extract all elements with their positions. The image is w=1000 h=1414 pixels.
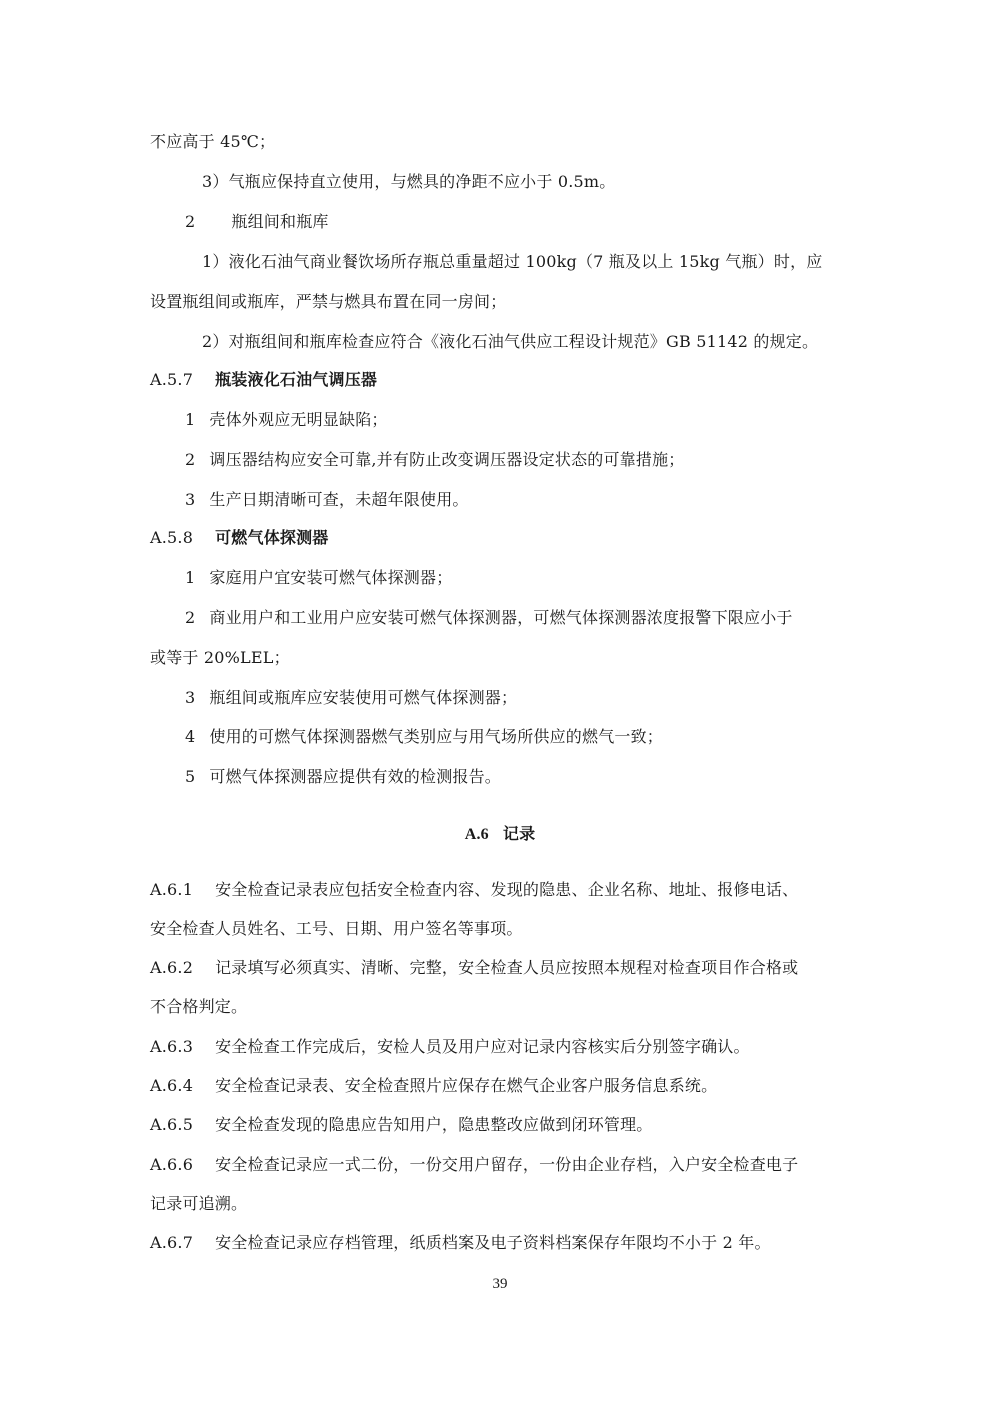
document-page: 不应高于 45℃； 3）气瓶应保持直立使用，与燃具的净距不应小于 0.5m。 2… <box>0 0 1000 1414</box>
paragraph-line: 安全检查人员姓名、工号、日期、用户签名等事项。 <box>150 918 523 940</box>
clause-number: A.6.6 <box>150 1155 193 1174</box>
clause-a61: A.6.1安全检查记录表应包括安全检查内容、发现的隐患、企业名称、地址、报修电话… <box>150 879 798 901</box>
chapter-heading-a6: A.6记录 <box>0 823 1000 846</box>
item-text: 瓶组间或瓶库应安装使用可燃气体探测器； <box>209 688 517 707</box>
item-number: 5 <box>185 766 195 788</box>
clause-number: A.6.5 <box>150 1115 193 1134</box>
item-number: 2 <box>185 211 195 233</box>
list-item: 4使用的可燃气体探测器燃气类别应与用气场所供应的燃气一致； <box>185 726 663 748</box>
item-text: 可燃气体探测器应提供有效的检测报告。 <box>209 767 501 786</box>
section-title: 瓶装液化石油气调压器 <box>215 370 377 389</box>
clause-text: 记录填写必须真实、清晰、完整，安全检查人员应按照本规程对检查项目作合格或 <box>215 958 798 977</box>
item-number: 1 <box>185 409 195 431</box>
clause-a66: A.6.6安全检查记录应一式二份，一份交用户留存，一份由企业存档，入户安全检查电… <box>150 1154 798 1176</box>
section-heading-a58: A.5.8可燃气体探测器 <box>150 527 329 549</box>
paragraph-line: 不合格判定。 <box>150 996 247 1018</box>
clause-a63: A.6.3安全检查工作完成后，安检人员及用户应对记录内容核实后分别签字确认。 <box>150 1036 750 1058</box>
clause-text: 安全检查记录表、安全检查照片应保存在燃气企业客户服务信息系统。 <box>215 1076 717 1095</box>
clause-number: A.6.7 <box>150 1233 193 1252</box>
paragraph-line: 设置瓶组间或瓶库，严禁与燃具布置在同一房间； <box>150 291 506 313</box>
clause-number: A.6.1 <box>150 880 193 899</box>
item-number: 4 <box>185 726 195 748</box>
section-heading-a57: A.5.7瓶装液化石油气调压器 <box>150 369 377 391</box>
clause-a62: A.6.2记录填写必须真实、清晰、完整，安全检查人员应按照本规程对检查项目作合格… <box>150 957 798 979</box>
item-text: 生产日期清晰可查，未超年限使用。 <box>209 490 468 509</box>
clause-number: A.6.3 <box>150 1037 193 1056</box>
item-number: 2 <box>185 449 195 471</box>
clause-a67: A.6.7安全检查记录应存档管理，纸质档案及电子资料档案保存年限均不小于 2 年… <box>150 1232 771 1254</box>
clause-text: 安全检查工作完成后，安检人员及用户应对记录内容核实后分别签字确认。 <box>215 1037 750 1056</box>
list-item: 2调压器结构应安全可靠,并有防止改变调压器设定状态的可靠措施； <box>185 449 684 471</box>
paragraph-line: 不应高于 45℃； <box>150 131 275 153</box>
page-number: 39 <box>0 1276 1000 1293</box>
paragraph-line: 3）气瓶应保持直立使用，与燃具的净距不应小于 0.5m。 <box>202 171 615 193</box>
clause-a64: A.6.4安全检查记录表、安全检查照片应保存在燃气企业客户服务信息系统。 <box>150 1075 717 1097</box>
item-text: 调压器结构应安全可靠,并有防止改变调压器设定状态的可靠措施； <box>209 450 684 469</box>
item-text: 壳体外观应无明显缺陷； <box>209 410 387 429</box>
clause-a65: A.6.5安全检查发现的隐患应告知用户，隐患整改应做到闭环管理。 <box>150 1114 653 1136</box>
paragraph-line: 2）对瓶组间和瓶库检查应符合《液化石油气供应工程设计规范》GB 51142 的规… <box>202 331 818 353</box>
list-item: 3瓶组间或瓶库应安装使用可燃气体探测器； <box>185 687 517 709</box>
list-item: 2商业用户和工业用户应安装可燃气体探测器，可燃气体探测器浓度报警下限应小于 <box>185 607 793 629</box>
chapter-number: A.6 <box>465 826 489 843</box>
chapter-title: 记录 <box>503 824 535 843</box>
list-item: 5可燃气体探测器应提供有效的检测报告。 <box>185 766 501 788</box>
item-number: 3 <box>185 489 195 511</box>
list-item: 1壳体外观应无明显缺陷； <box>185 409 388 431</box>
clause-text: 安全检查记录应存档管理，纸质档案及电子资料档案保存年限均不小于 2 年。 <box>215 1233 771 1252</box>
clause-number: A.6.2 <box>150 958 193 977</box>
paragraph-line: 1）液化石油气商业餐饮场所存瓶总重量超过 100kg（7 瓶及以上 15kg 气… <box>202 251 822 273</box>
list-item: 1家庭用户宜安装可燃气体探测器； <box>185 567 452 589</box>
paragraph-line: 或等于 20%LEL； <box>150 647 290 669</box>
list-item: 2瓶组间和瓶库 <box>185 211 329 233</box>
clause-number: A.6.4 <box>150 1076 193 1095</box>
section-number: A.5.8 <box>150 528 193 547</box>
paragraph-line: 记录可追溯。 <box>150 1193 247 1215</box>
item-number: 1 <box>185 567 195 589</box>
section-title: 可燃气体探测器 <box>215 528 328 547</box>
clause-text: 安全检查发现的隐患应告知用户，隐患整改应做到闭环管理。 <box>215 1115 652 1134</box>
item-number: 3 <box>185 687 195 709</box>
list-item: 3生产日期清晰可查，未超年限使用。 <box>185 489 469 511</box>
item-text: 商业用户和工业用户应安装可燃气体探测器，可燃气体探测器浓度报警下限应小于 <box>209 608 792 627</box>
clause-text: 安全检查记录应一式二份，一份交用户留存，一份由企业存档，入户安全检查电子 <box>215 1155 798 1174</box>
item-text: 瓶组间和瓶库 <box>231 212 328 231</box>
item-number: 2 <box>185 607 195 629</box>
clause-text: 安全检查记录表应包括安全检查内容、发现的隐患、企业名称、地址、报修电话、 <box>215 880 798 899</box>
item-text: 家庭用户宜安装可燃气体探测器； <box>209 568 452 587</box>
item-text: 使用的可燃气体探测器燃气类别应与用气场所供应的燃气一致； <box>209 727 663 746</box>
section-number: A.5.7 <box>150 370 193 389</box>
